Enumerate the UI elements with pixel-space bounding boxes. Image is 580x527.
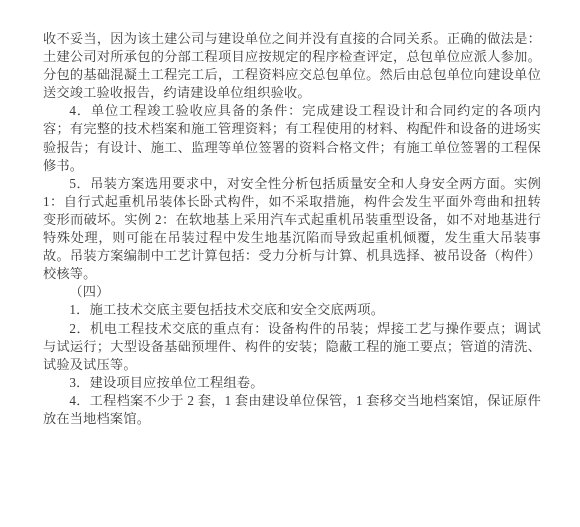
paragraph-section4-item-2: 2．机电工程技术交底的重点有：设备构件的吊装；焊接工艺与操作要点；调试与试运行；… [43,320,541,374]
paragraph-item-4: 4．单位工程竣工验收应具备的条件：完成建设工程设计和合同约定的各项内容；有完整的… [43,102,541,174]
document-page: 收不妥当，因为该土建公司与建设单位之间并没有直接的合同关系。正确的做法是：土建公… [0,0,580,527]
paragraph-section4-item-4: 4．工程档案不少于 2 套，1 套由建设单位保管，1 套移交当地档案馆，保证原件… [43,392,541,428]
paragraph-item-5: 5．吊装方案选用要求中，对安全性分析包括质量安全和人身安全两方面。实例 1：自行… [43,175,541,284]
document-text-block: 收不妥当，因为该土建公司与建设单位之间并没有直接的合同关系。正确的做法是：土建公… [43,30,541,428]
section-heading-four: （四） [43,283,541,301]
paragraph-continuation: 收不妥当，因为该土建公司与建设单位之间并没有直接的合同关系。正确的做法是：土建公… [43,30,541,102]
paragraph-section4-item-3: 3．建设项目应按单位工程组卷。 [43,374,541,392]
paragraph-section4-item-1: 1．施工技术交底主要包括技术交底和安全交底两项。 [43,301,541,319]
